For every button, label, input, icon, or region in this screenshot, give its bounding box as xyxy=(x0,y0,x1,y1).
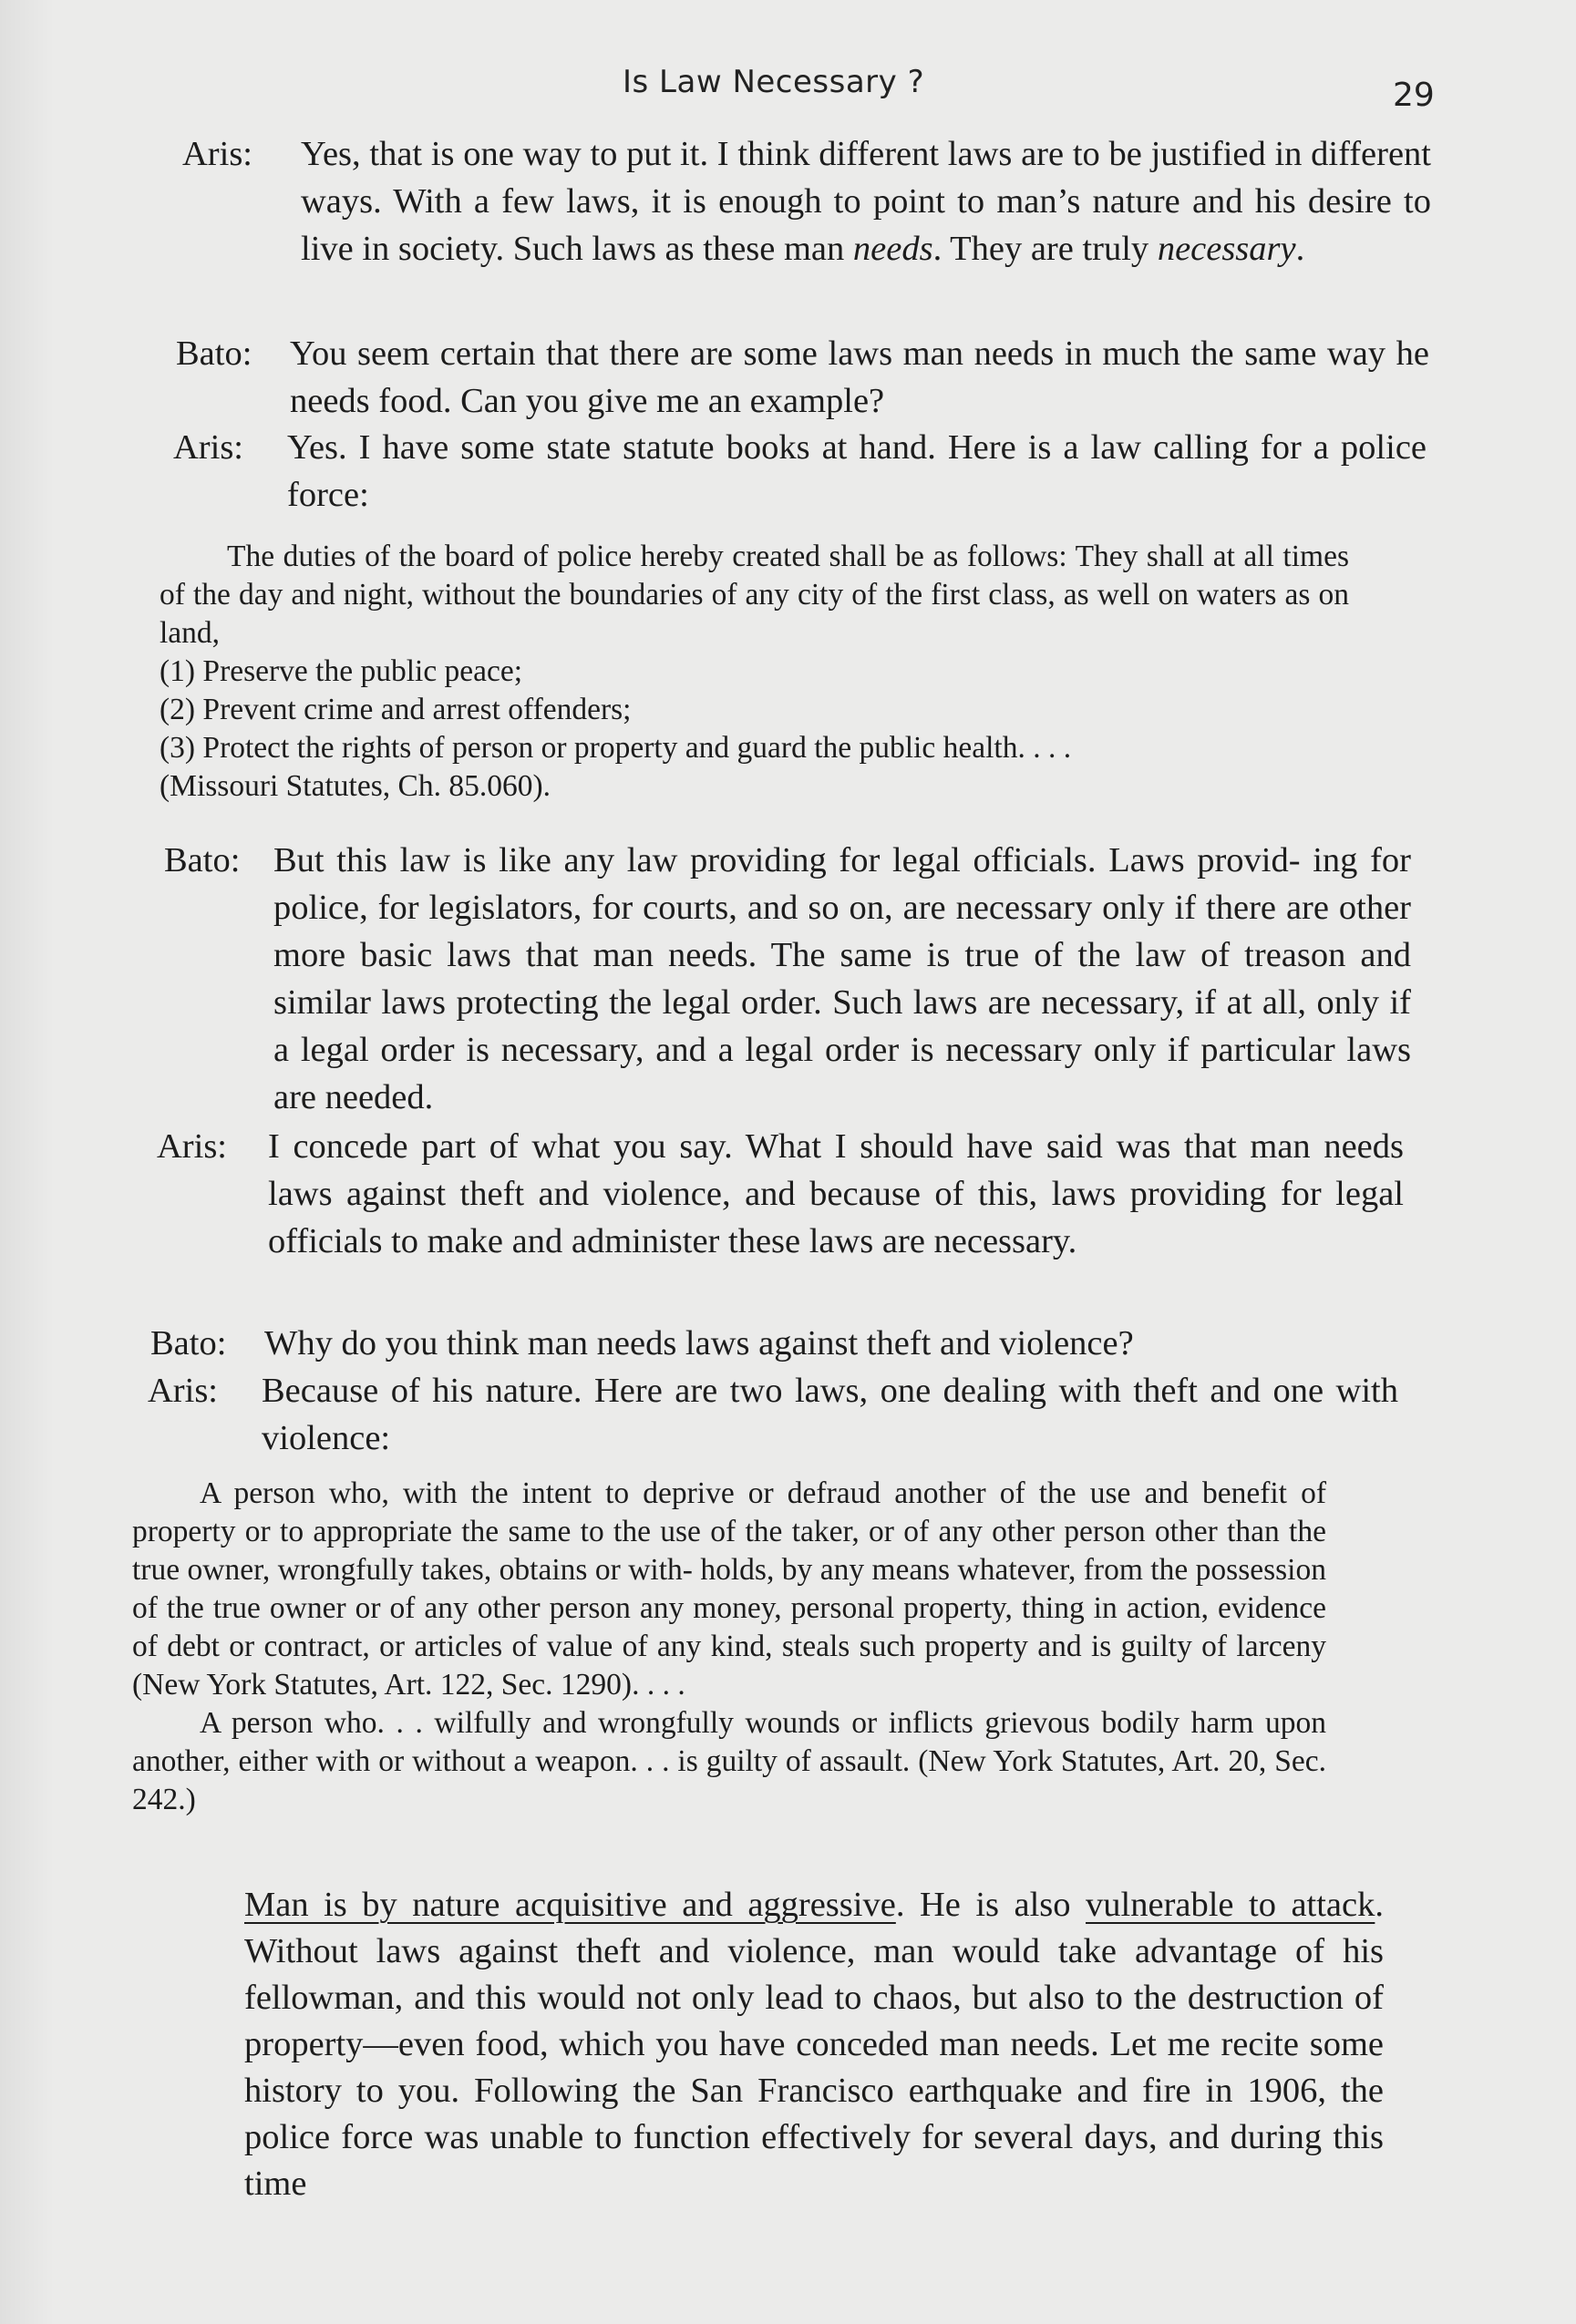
dialogue-turn: Bato: Why do you think man needs laws ag… xyxy=(150,1320,1427,1374)
statute-item: (1) Preserve the public peace; xyxy=(160,653,1349,691)
dialogue-continuation: Man is by nature acquisitive and aggress… xyxy=(244,1882,1384,2207)
speaker-label: Bato: xyxy=(176,330,252,377)
dialogue-turn: Aris: Because of his nature. Here are tw… xyxy=(148,1367,1424,1467)
speaker-label: Bato: xyxy=(164,837,240,884)
dialogue-turn: Bato: But this law is like any law provi… xyxy=(164,837,1422,1128)
statute-quotes-new-york: A person who, with the intent to deprive… xyxy=(132,1475,1326,1819)
dialogue-turn: Aris: Yes. I have some state statute boo… xyxy=(173,424,1431,524)
dialogue-turn: Aris: Yes, that is one way to put it. I … xyxy=(182,130,1440,331)
speaker-label: Aris: xyxy=(148,1367,218,1414)
running-head: Is Law Necessary ? 29 xyxy=(0,64,1576,118)
underlined-phrase: Man is by nature acquisitive and aggress… xyxy=(244,1886,896,1924)
dialogue-text: Because of his nature. Here are two laws… xyxy=(262,1367,1398,1462)
statute-item: (2) Prevent crime and arrest offenders; xyxy=(160,691,1349,729)
dialogue-text: I concede part of what you say. What I s… xyxy=(268,1123,1404,1265)
running-title: Is Law Necessary ? xyxy=(623,64,924,100)
statute-quote-missouri: The duties of the board of police hereby… xyxy=(160,538,1349,806)
emphasis: necessary xyxy=(1158,230,1296,268)
statute-larceny: A person who, with the intent to deprive… xyxy=(132,1475,1326,1704)
dialogue-turn: Bato: You seem certain that there are so… xyxy=(176,330,1434,430)
page-number: 29 xyxy=(1393,77,1435,114)
dialogue-text: Yes, that is one way to put it. I think … xyxy=(301,130,1431,273)
dialogue-text: But this law is like any law providing f… xyxy=(273,837,1411,1121)
statute-assault: A person who. . . wilfully and wrongfull… xyxy=(132,1704,1326,1819)
speaker-label: Bato: xyxy=(150,1320,226,1367)
underlined-phrase: vulnerable to attack xyxy=(1086,1886,1375,1924)
statute-intro: The duties of the board of police hereby… xyxy=(160,538,1349,653)
speaker-label: Aris: xyxy=(182,130,252,178)
dialogue-text: Why do you think man needs laws against … xyxy=(264,1320,1413,1367)
statute-item: (3) Protect the rights of person or prop… xyxy=(160,729,1349,767)
dialogue-text: Yes. I have some state statute books at … xyxy=(287,424,1427,519)
dialogue-turn: Aris: I concede part of what you say. Wh… xyxy=(157,1123,1415,1314)
page-gutter-shadow xyxy=(0,0,55,2324)
statute-citation: (Missouri Statutes, Ch. 85.060). xyxy=(160,767,1349,806)
speaker-label: Aris: xyxy=(157,1123,227,1170)
speaker-label: Aris: xyxy=(173,424,243,471)
emphasis: needs xyxy=(853,230,933,268)
dialogue-text: You seem certain that there are some law… xyxy=(290,330,1429,425)
